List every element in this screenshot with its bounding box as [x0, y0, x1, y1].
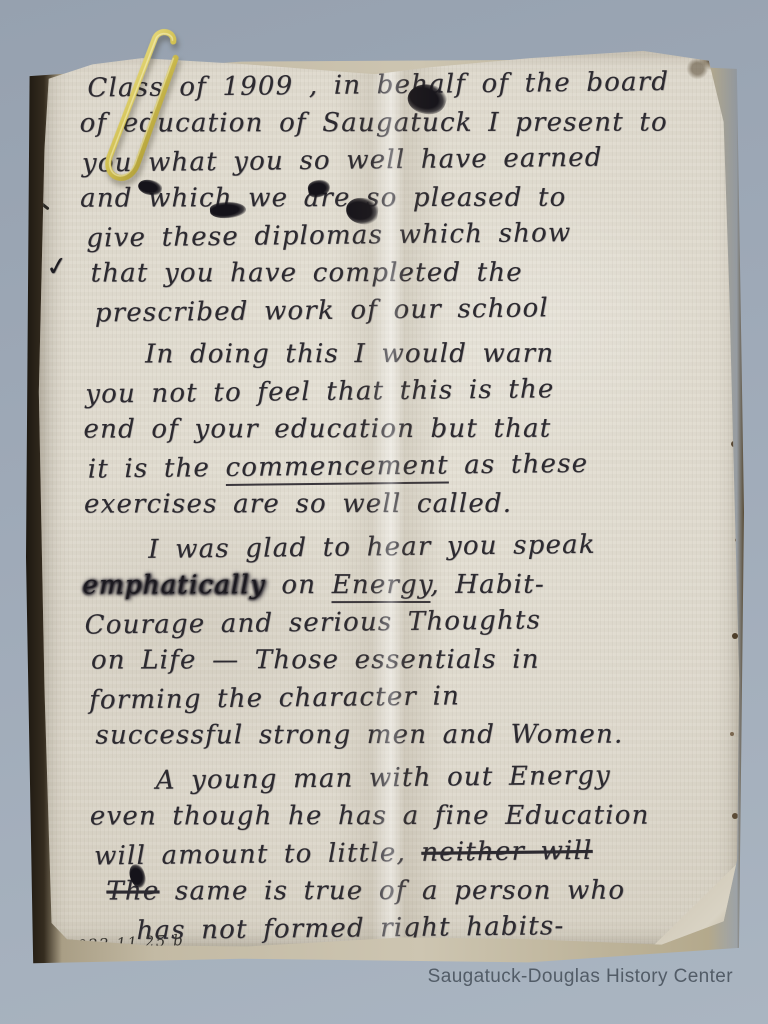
manuscript-line: exercises are so well called. — [82, 488, 722, 527]
handwriting-text: as these — [449, 449, 589, 481]
handwriting-text: forming the character in — [89, 681, 460, 715]
handwriting-text: Courage and serious Thoughts — [85, 605, 542, 640]
manuscript-line: give these diplomas which show — [80, 216, 720, 261]
strike-handwriting-text: neither will — [421, 836, 593, 868]
manuscript-line: emphatically on Energy, Habit- — [82, 569, 722, 608]
handwritten-text: Class of 1909 , in behalf of the boardof… — [79, 68, 724, 952]
manuscript-line: you not to feel that this is the — [81, 372, 721, 417]
margin-check-mark: ✓ — [44, 251, 70, 284]
watermark-credit: Saugatuck-Douglas History Center — [428, 966, 733, 988]
handwriting-text: successful strong men and Women. — [95, 719, 623, 750]
handwriting-text: exercises are so well called. — [84, 488, 512, 519]
handwriting-text: you not to feel that this is the — [85, 374, 555, 409]
manuscript-line: and which we are so pleased to — [80, 182, 720, 221]
handwriting-text: even though he has a fine Education — [90, 800, 650, 831]
manuscript-line: even though he has a fine Education — [84, 800, 724, 839]
handwriting-text: it is the — [88, 453, 226, 485]
photograph-of-manuscript: (1) Class of 1909 , in behalf of the boa… — [0, 0, 768, 1024]
manuscript-line: prescribed work of our school — [81, 291, 721, 336]
manuscript-line: successful strong men and Women. — [83, 719, 723, 758]
handwriting-text: , Habit- — [430, 569, 545, 599]
handwriting-text: I was glad to hear you speak — [148, 530, 596, 565]
manuscript-line: Courage and serious Thoughts — [83, 603, 723, 648]
manuscript-line: that you have completed the — [81, 257, 721, 296]
underline-handwriting-text: commencement — [225, 450, 449, 486]
handwriting-text: prescribed work of our school — [95, 293, 549, 328]
manuscript-line: forming the character in — [83, 678, 723, 723]
handwriting-text: will amount to little, — [94, 838, 422, 872]
handwriting-text: A young man with out Energy — [155, 761, 611, 796]
manuscript-line: you what you so well have earned — [80, 141, 720, 186]
manuscript-line: The same is true of a person who — [84, 875, 724, 914]
handwriting-text: give these diplomas which show — [86, 218, 571, 254]
handwriting-text: same is true of a person who — [159, 875, 625, 906]
manuscript-line: end of your education but that — [81, 413, 721, 452]
manuscript-line: on Life — Those essentials in — [83, 644, 723, 683]
manuscript-line: I was glad to hear you speak — [82, 528, 722, 573]
manuscript-line: it is the commencement as these — [82, 447, 722, 492]
manuscript-line: In doing this I would warn — [81, 338, 721, 377]
blot-handwriting-text: emphatically — [82, 570, 266, 600]
handwriting-text: that you have completed the — [91, 257, 523, 288]
underline-handwriting-text: Energy — [332, 569, 431, 602]
handwriting-text: on — [266, 570, 332, 600]
handwriting-text: In doing this I would warn — [145, 338, 554, 369]
handwriting-text: on Life — Those essentials in — [91, 644, 540, 675]
handwriting-text: end of your education but that — [83, 413, 551, 444]
manuscript-line: will amount to little, neither will — [84, 834, 724, 879]
manuscript-line: A young man with out Energy — [83, 759, 723, 804]
